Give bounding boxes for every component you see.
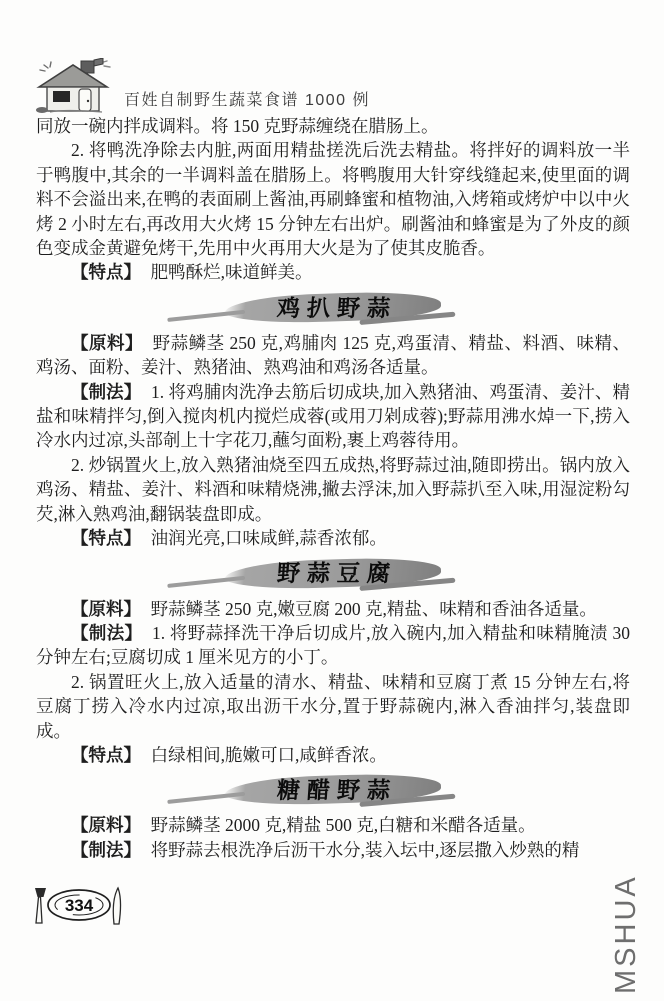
recipe-title-text: 糖醋野蒜 (269, 778, 398, 802)
page-header: 百姓自制野生蔬菜食谱 1000 例 (34, 58, 370, 119)
ingredients-label: 【原料】 (71, 815, 141, 835)
method-step-text: 将野蒜去根洗净后沥干水分,装入坛中,逐层撒入炒熟的精 (151, 840, 580, 860)
ingredients-paragraph: 【原料】野蒜鳞茎 2000 克,精盐 500 克,白糖和米醋各适量。 (36, 813, 630, 837)
fork-icon (35, 888, 46, 923)
page-body: 同放一碗内拌成调料。将 150 克野蒜缠绕在腊肠上。 2. 将鸭洗净除去内脏,两… (36, 114, 630, 862)
recipe-title-text: 野蒜豆腐 (269, 561, 398, 585)
feature-text: 油润光亮,口味咸鲜,蒜香浓郁。 (151, 528, 387, 548)
feature-paragraph: 【特点】油润光亮,口味咸鲜,蒜香浓郁。 (36, 526, 630, 550)
method-step-text: 2. 炒锅置火上,放入熟猪油烧至四五成热,将野蒜过油,随即捞出。锅内放入鸡汤、精… (36, 455, 630, 524)
feature-paragraph: 【特点】白绿相间,脆嫩可口,咸鲜香浓。 (36, 743, 630, 767)
feature-text: 肥鸭酥烂,味道鲜美。 (151, 262, 313, 282)
method-paragraph: 【制法】1. 将鸡脯肉洗净去筋后切成块,加入熟猪油、鸡蛋清、姜汁、精盐和味精拌匀… (36, 380, 630, 453)
method-paragraph: 2. 锅置旺火上,放入适量的清水、精盐、味精和豆腐丁煮 15 分钟左右,将豆腐丁… (36, 670, 630, 743)
feature-label: 【特点】 (71, 745, 141, 765)
ingredients-label: 【原料】 (71, 599, 141, 619)
method-step-text: 2. 锅置旺火上,放入适量的清水、精盐、味精和豆腐丁煮 15 分钟左右,将豆腐丁… (36, 672, 630, 741)
house-icon (34, 58, 112, 119)
method-label: 【制法】 (71, 623, 142, 643)
watermark-text: MSHUA (610, 874, 643, 994)
ingredients-text: 野蒜鳞茎 250 克,嫩豆腐 200 克,精盐、味精和香油各适量。 (151, 599, 597, 619)
recipe-title-text: 鸡扒野蒜 (269, 296, 398, 320)
ingredients-text: 野蒜鳞茎 2000 克,精盐 500 克,白糖和米醋各适量。 (151, 815, 536, 835)
method-paragraph: 2. 炒锅置火上,放入熟猪油烧至四五成热,将野蒜过油,随即捞出。锅内放入鸡汤、精… (36, 453, 630, 526)
continued-step-paragraph: 2. 将鸭洗净除去内脏,两面用精盐搓洗后洗去精盐。将拌好的调料放一半于鸭腹中,其… (36, 138, 630, 260)
method-label: 【制法】 (71, 840, 141, 860)
page-number-plate: 334 (26, 884, 126, 933)
feature-text: 白绿相间,脆嫩可口,咸鲜香浓。 (151, 745, 387, 765)
continued-paragraph: 同放一碗内拌成调料。将 150 克野蒜缠绕在腊肠上。 (36, 114, 630, 138)
page-number: 334 (65, 896, 94, 915)
method-paragraph: 【制法】将野蒜去根洗净后沥干水分,装入坛中,逐层撒入炒熟的精 (36, 838, 630, 862)
ingredients-label: 【原料】 (71, 333, 143, 353)
recipe-title: 野蒜豆腐 (36, 551, 630, 597)
feature-label: 【特点】 (71, 262, 141, 282)
method-paragraph: 【制法】1. 将野蒜择洗干净后切成片,放入碗内,加入精盐和味精腌渍 30 分钟左… (36, 621, 630, 670)
recipe-title: 糖醋野蒜 (36, 767, 630, 813)
method-label: 【制法】 (71, 382, 141, 402)
knife-icon (113, 888, 120, 924)
ingredients-paragraph: 【原料】野蒜鳞茎 250 克,嫩豆腐 200 克,精盐、味精和香油各适量。 (36, 597, 630, 621)
recipe-title: 鸡扒野蒜 (36, 285, 630, 331)
book-page: 百姓自制野生蔬菜食谱 1000 例 同放一碗内拌成调料。将 150 克野蒜缠绕在… (0, 0, 664, 1001)
ingredients-paragraph: 【原料】野蒜鳞茎 250 克,鸡脯肉 125 克,鸡蛋清、精盐、料酒、味精、鸡汤… (36, 331, 630, 380)
continued-feature: 【特点】肥鸭酥烂,味道鲜美。 (36, 260, 630, 284)
feature-label: 【特点】 (71, 528, 141, 548)
